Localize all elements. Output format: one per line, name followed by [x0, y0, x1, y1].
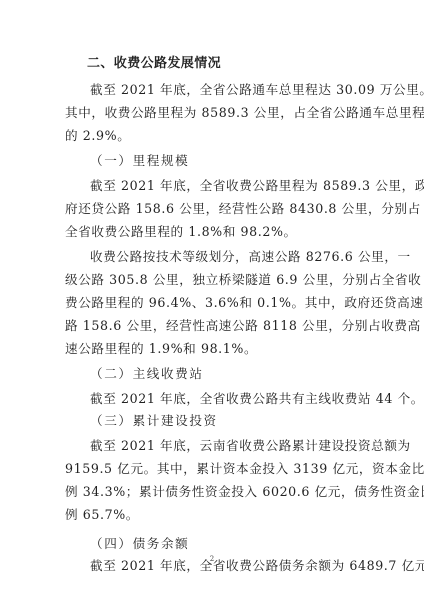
paragraph-line: 费公路里程的 96.4%、3.6%和 0.1%。其中，政府还贷高速公 — [65, 293, 361, 313]
paragraph-line: 全省收费公路里程的 1.8%和 98.2%。 — [65, 222, 297, 242]
subheading-mileage: （一）里程规模 — [65, 151, 189, 171]
subheading-toll-stations: （二）主线收费站 — [65, 364, 204, 384]
paragraph-line: 截至 2021 年底，全省公路通车总里程达 30.09 万公里。 — [65, 80, 424, 100]
paragraph-line: 级公路 305.8 公里，独立桥梁隧道 6.9 公里，分别占全省收 — [65, 270, 361, 290]
section-heading: 二、收费公路发展情况 — [65, 54, 221, 74]
paragraph-line: 例 34.3%；累计债务性资金投入 6020.6 亿元，债务性资金比 — [65, 482, 361, 502]
page-number: 2 — [0, 555, 424, 563]
paragraph-line: 其中，收费公路里程为 8589.3 公里，占全省公路通车总里程 — [65, 103, 361, 123]
paragraph-line: 9159.5 亿元。其中，累计资本金投入 3139 亿元，资本金比 — [65, 459, 361, 479]
paragraph-line: 截至 2021 年底，云南省收费公路累计建设投资总额为 — [65, 436, 361, 456]
subheading-debt-balance: （四）债务余额 — [65, 534, 189, 554]
subheading-investment: （三）累计建设投资 — [65, 411, 218, 431]
paragraph-line: 截至 2021 年底，全省收费公路共有主线收费站 44 个。 — [65, 389, 424, 409]
paragraph-line: 截至 2021 年底，全省收费公路里程为 8589.3 公里，政 — [65, 176, 361, 196]
paragraph-line: 的 2.9%。 — [65, 126, 130, 146]
paragraph-line: 府还贷公路 158.6 公里，经营性公路 8430.8 公里，分别占 — [65, 199, 361, 219]
paragraph-line: 例 65.7%。 — [65, 505, 139, 525]
paragraph-line: 速公路里程的 1.9%和 98.1%。 — [65, 339, 257, 359]
paragraph-line: 路 158.6 公里，经营性高速公路 8118 公里，分别占收费高 — [65, 316, 361, 336]
paragraph-line: 收费公路按技术等级划分，高速公路 8276.6 公里，一 — [65, 247, 361, 267]
